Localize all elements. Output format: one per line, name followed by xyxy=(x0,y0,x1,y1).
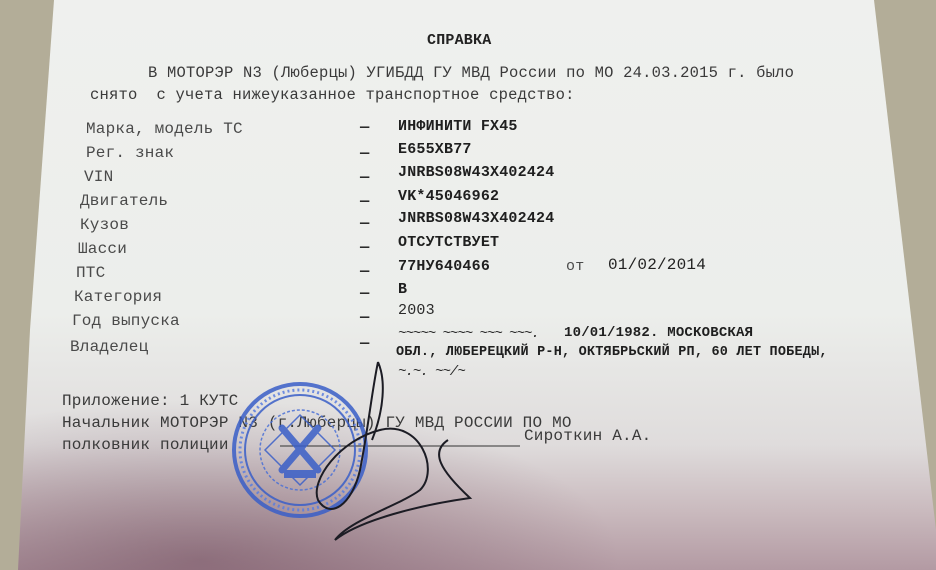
stamp-and-signature xyxy=(0,0,936,570)
signature-icon xyxy=(317,362,470,540)
official-stamp-icon xyxy=(234,384,366,516)
